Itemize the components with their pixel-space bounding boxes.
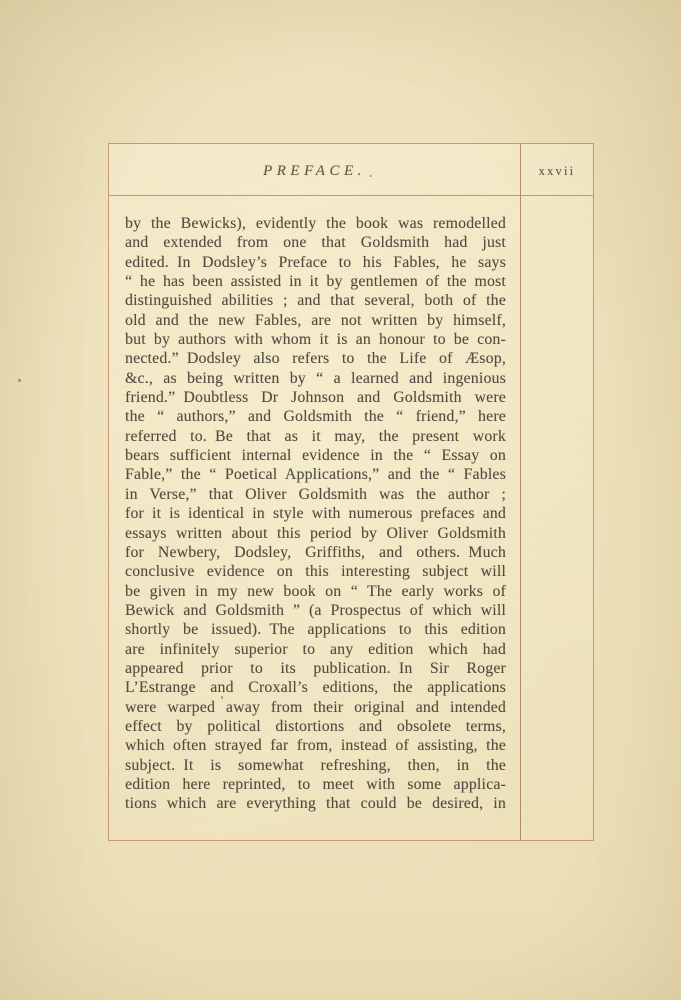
margin-column	[520, 196, 593, 840]
text-line: and extended from one that Goldsmith had…	[125, 233, 506, 252]
text-line: edition here reprinted, to meet with som…	[125, 775, 506, 794]
body-text-column: by the Bewicks), evidently the book was …	[109, 196, 520, 840]
text-line: bears sufficient internal evidence in th…	[125, 446, 506, 465]
text-line: for it is identical in style with numero…	[125, 504, 506, 523]
text-line: but by authors with whom it is an honour…	[125, 330, 506, 349]
ink-speck-artifact	[369, 175, 372, 177]
text-line: appeared prior to its publication. In Si…	[125, 659, 506, 678]
running-head: PREFACE.	[263, 163, 366, 180]
ink-speck-artifact	[18, 379, 21, 382]
text-line: for Newbery, Dodsley, Griffiths, and oth…	[125, 543, 506, 562]
text-line: nected.” Dodsley also refers to the Life…	[125, 349, 506, 368]
running-head-cell: PREFACE.	[109, 144, 520, 195]
page-header: PREFACE. xxvii	[109, 144, 593, 196]
page-number: xxvii	[539, 164, 576, 179]
text-line: by the Bewicks), evidently the book was …	[125, 214, 506, 233]
text-line: old and the new Fables, are not written …	[125, 311, 506, 330]
text-line: essays written about this period by Oliv…	[125, 524, 506, 543]
text-line: tions which are everything that could be…	[125, 794, 506, 813]
text-line: the “ authors,” and Goldsmith the “ frie…	[125, 407, 506, 426]
text-line: effect by political distortions and obso…	[125, 717, 506, 736]
text-line: Bewick and Goldsmith ” (a Prospectus of …	[125, 601, 506, 620]
text-line: shortly be issued). The applications to …	[125, 620, 506, 639]
text-line: were warped away from their original and…	[125, 698, 506, 717]
text-line: edited. In Dodsley’s Preface to his Fabl…	[125, 253, 506, 272]
text-line: referred to. Be that as it may, the pres…	[125, 427, 506, 446]
text-line: L’Estrange and Croxall’s editions, the a…	[125, 678, 506, 697]
text-line: &c., as being written by “ a learned and…	[125, 369, 506, 388]
text-line: conclusive evidence on this interesting …	[125, 562, 506, 581]
text-line: which often strayed far from, instead of…	[125, 736, 506, 755]
text-line: distinguished abilities ; and that sever…	[125, 291, 506, 310]
ink-speck-artifact	[221, 696, 223, 699]
text-line: “ he has been assisted in it by gentleme…	[125, 272, 506, 291]
folio-cell: xxvii	[520, 144, 593, 195]
text-line: subject. It is somewhat refreshing, then…	[125, 756, 506, 775]
page-content: by the Bewicks), evidently the book was …	[109, 196, 593, 840]
text-line: Fable,” the “ Poetical Applications,” an…	[125, 465, 506, 484]
text-line: are infinitely superior to any edition w…	[125, 640, 506, 659]
text-line: in Verse,” that Oliver Goldsmith was the…	[125, 485, 506, 504]
page-frame: PREFACE. xxvii by the Bewicks), evidentl…	[108, 143, 594, 841]
text-line: friend.” Doubtless Dr Johnson and Goldsm…	[125, 388, 506, 407]
text-line: be given in my new book on “ The early w…	[125, 582, 506, 601]
